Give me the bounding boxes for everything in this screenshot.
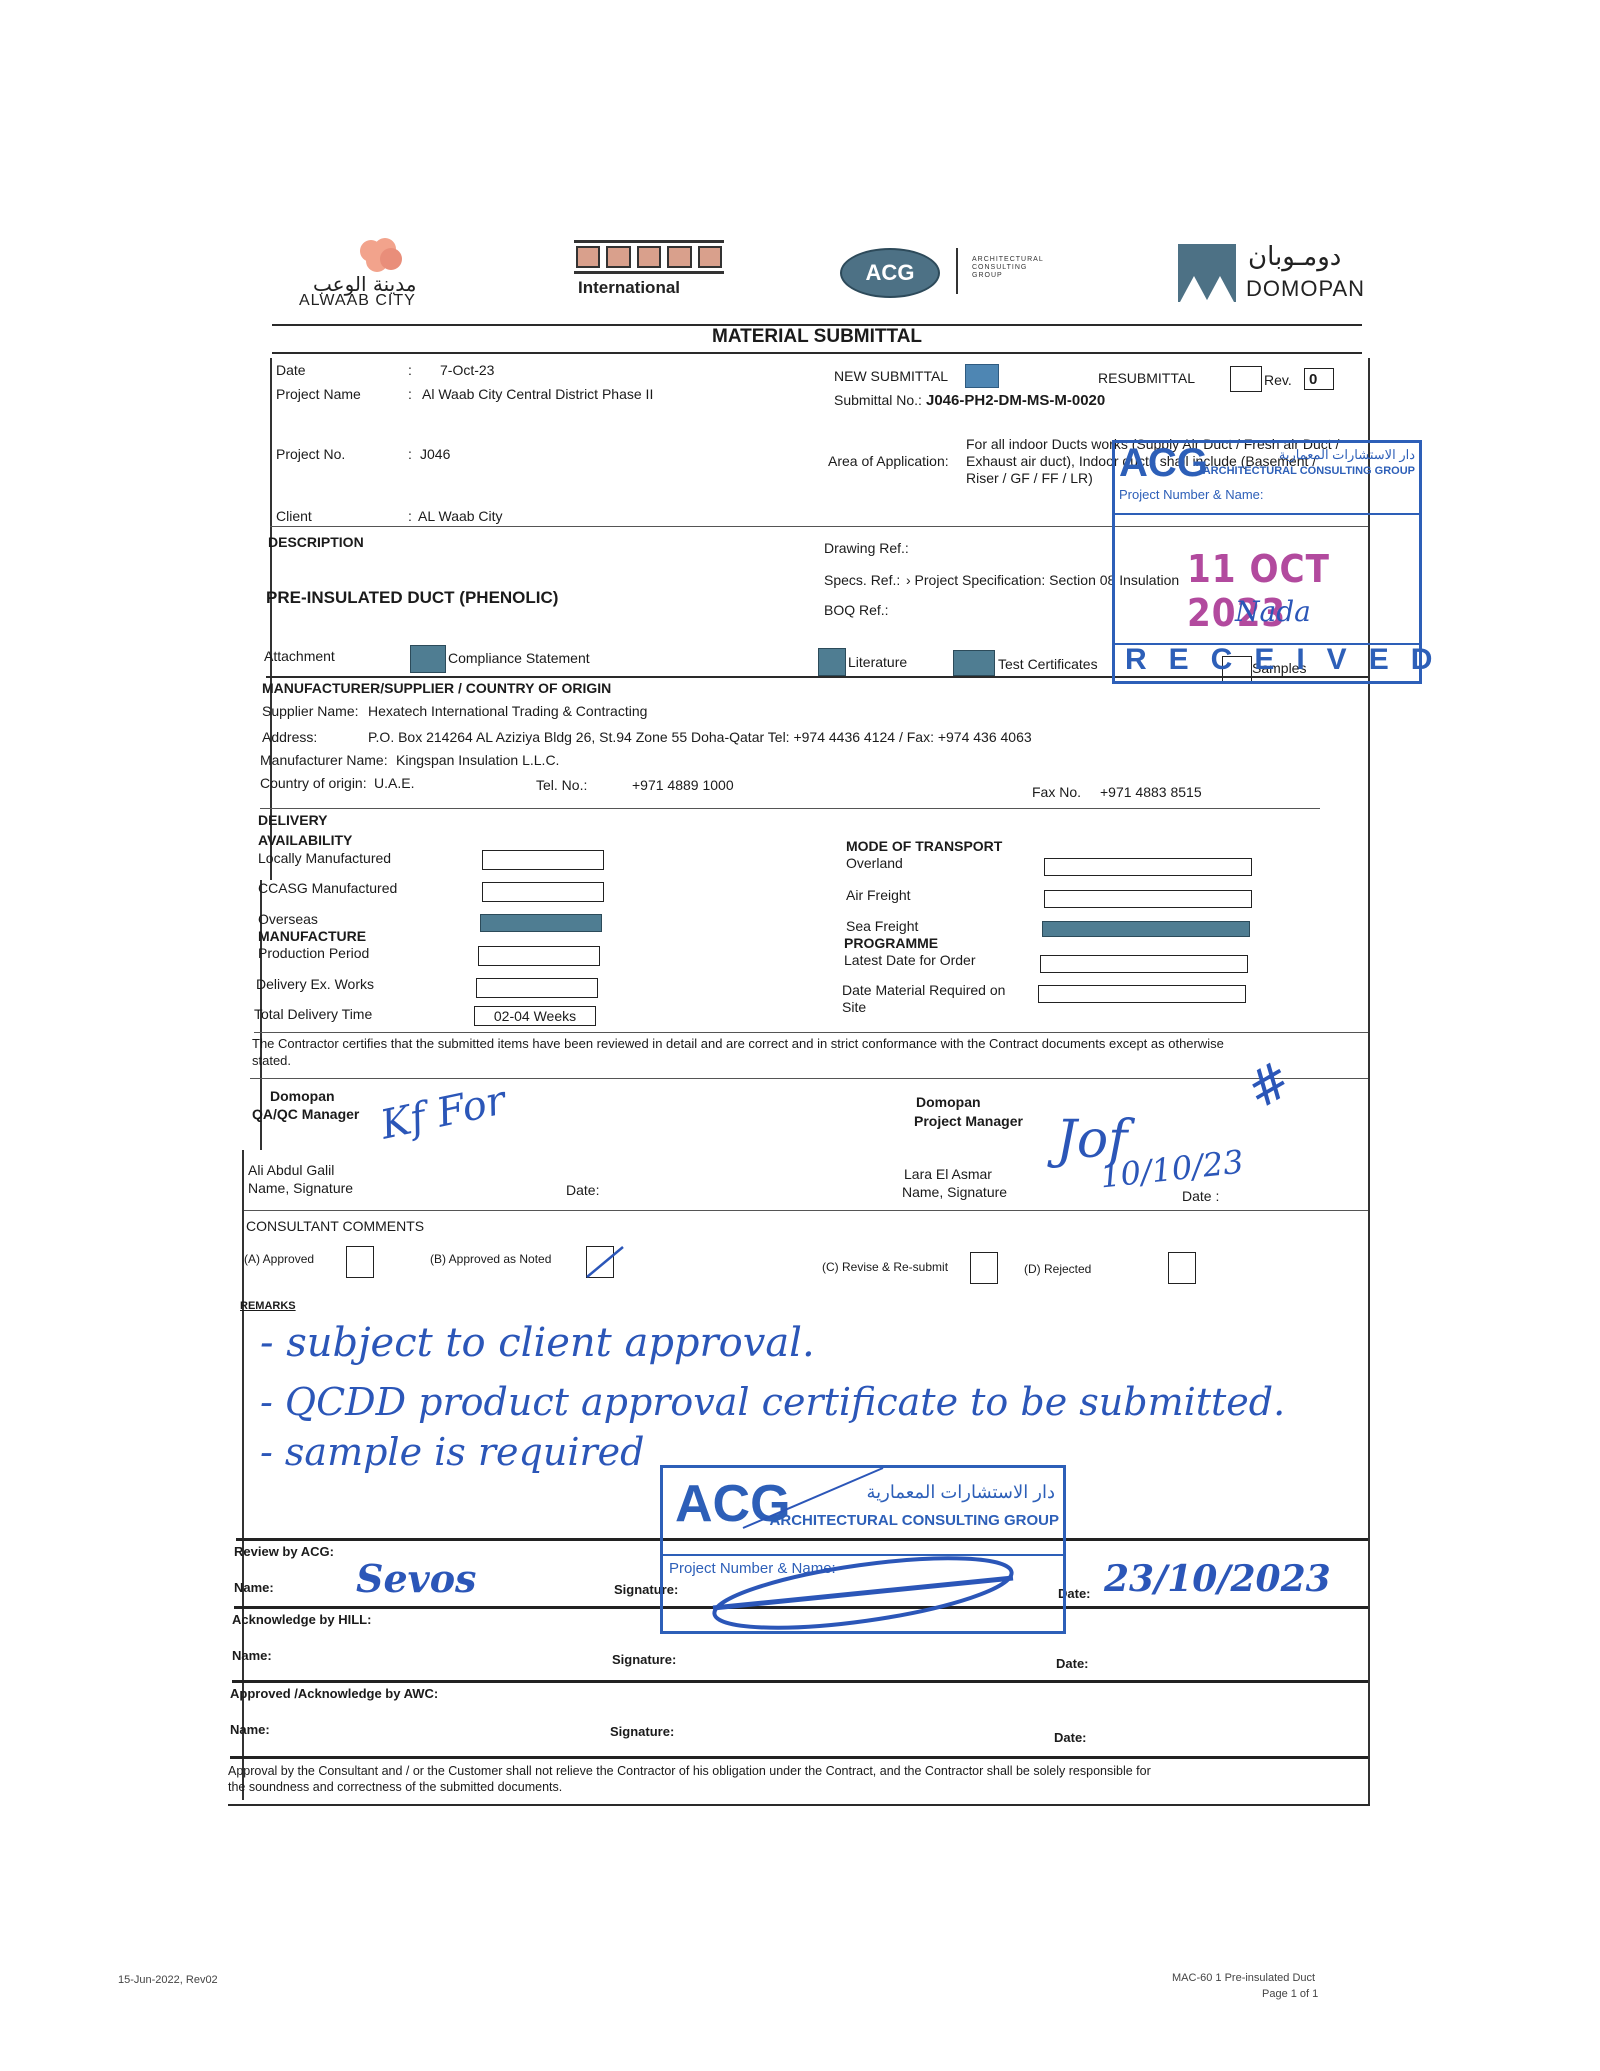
remarks-label: REMARKS [240, 1300, 296, 1312]
acg-subtitle: ARCHITECTURAL CONSULTING GROUP [972, 256, 1044, 280]
manufacturer-name-label: Manufacturer Name: [260, 752, 388, 768]
specs-ref-label: Specs. Ref.: [824, 572, 900, 588]
pm-role: Project Manager [914, 1113, 1023, 1129]
new-submittal-label: NEW SUBMITTAL [834, 368, 948, 384]
stamp-project-label: Project Number & Name: [1119, 487, 1264, 502]
country-value: U.A.E. [374, 775, 414, 791]
review-awc-heading: Approved /Acknowledge by AWC: [230, 1686, 438, 1701]
air-freight-field[interactable] [1044, 890, 1252, 908]
disclaimer-line-1: Approval by the Consultant and / or the … [228, 1764, 1151, 1778]
address-label: Address: [262, 729, 317, 745]
rejected-checkbox[interactable] [1168, 1252, 1196, 1284]
sea-freight-label: Sea Freight [846, 918, 918, 934]
overland-label: Overland [846, 855, 903, 871]
locally-manufactured-field[interactable] [482, 850, 604, 870]
ccasg-manufactured-field[interactable] [482, 882, 604, 902]
manufacturer-name-value: Kingspan Insulation L.L.C. [396, 752, 559, 768]
ccasg-manufactured-label: CCASG Manufactured [258, 880, 397, 896]
review-signature-scribble [653, 1458, 1073, 1628]
divider [232, 1680, 1368, 1683]
date-value: 7-Oct-23 [440, 362, 494, 378]
approved-label: (A) Approved [244, 1252, 314, 1266]
review-hill-name-label: Name: [232, 1648, 272, 1663]
client-label: Client [276, 508, 312, 524]
frame-left-low [242, 1150, 244, 1800]
hill-text: International [578, 278, 680, 298]
review-awc-signature-label: Signature: [610, 1724, 674, 1739]
compliance-statement-checkbox[interactable] [410, 645, 446, 673]
programme-heading: PROGRAMME [844, 935, 938, 951]
delivery-ex-works-field[interactable] [476, 978, 598, 998]
attachment-label: Attachment [264, 648, 335, 664]
domopan-logo: دومـوبان DOMOPAN [1178, 240, 1368, 306]
review-acg-heading: Review by ACG: [234, 1544, 334, 1559]
latest-date-order-label: Latest Date for Order [844, 952, 976, 968]
review-awc-date-label: Date: [1054, 1730, 1087, 1745]
hill-international-logo: International [570, 240, 730, 300]
air-freight-label: Air Freight [846, 887, 911, 903]
date-label: Date [276, 362, 306, 378]
supplier-value: Hexatech International Trading & Contrac… [368, 703, 647, 719]
acg-logo: ACG ARCHITECTURAL CONSULTING GROUP [840, 246, 1100, 302]
production-period-label: Production Period [258, 945, 369, 961]
remark-2: - QCDD product approval certificate to b… [260, 1380, 1285, 1424]
total-delivery-time-field[interactable]: 02-04 Weeks [474, 1006, 596, 1026]
stamp-received-word: RECEIVED [1125, 643, 1454, 677]
consultant-comments-heading: CONSULTANT COMMENTS [246, 1218, 424, 1234]
flower-icon [350, 238, 406, 274]
approved-as-noted-checkbox[interactable] [586, 1246, 614, 1278]
acg-review-stamp: ACG دار الاستشارات المعمارية ARCHITECTUR… [660, 1465, 1066, 1634]
divider [254, 1032, 1368, 1033]
stamp-group: ARCHITECTURAL CONSULTING GROUP [1203, 465, 1415, 477]
production-period-field[interactable] [478, 946, 600, 966]
review-acg-date-hand: 23/10/2023 [1104, 1558, 1331, 1600]
pm-name-signature-label: Name, Signature [902, 1184, 1007, 1200]
availability-heading: AVAILABILITY [258, 832, 352, 848]
footer-revision: 15-Jun-2022, Rev02 [118, 1974, 218, 1986]
approved-checkbox[interactable] [346, 1246, 374, 1278]
stamp-acg-mark: ACG [1119, 441, 1208, 486]
pm-date-label: Date : [1182, 1188, 1219, 1204]
alwaab-english: ALWAAB CITY [299, 292, 416, 310]
test-certificates-label: Test Certificates [998, 656, 1098, 672]
divider [250, 1078, 1368, 1079]
review-hill-heading: Acknowledge by HILL: [232, 1612, 371, 1627]
date-required-on-site-field[interactable] [1038, 985, 1246, 1003]
checkmark-icon [585, 1243, 625, 1277]
footer-doc-ref: MAC-60 1 Pre-insulated Duct [1172, 1972, 1315, 1984]
qaqc-name-signature-label: Name, Signature [248, 1180, 353, 1196]
literature-checkbox[interactable] [818, 648, 846, 676]
locally-manufactured-label: Locally Manufactured [258, 850, 391, 866]
qaqc-date-label: Date: [566, 1182, 599, 1198]
remark-1: - subject to client approval. [260, 1320, 815, 1366]
project-name-value: Al Waab City Central District Phase II [422, 386, 653, 402]
divider [260, 808, 1320, 809]
divider [244, 1210, 1368, 1211]
footer-page-number: Page 1 of 1 [1262, 1988, 1318, 2000]
area-of-application-label: Area of Application: [828, 453, 949, 469]
review-acg-name-hand: Sevos [356, 1556, 476, 1601]
divider [956, 248, 958, 294]
domopan-mark-icon [1178, 244, 1236, 302]
manufacturer-heading: MANUFACTURER/SUPPLIER / COUNTRY OF ORIGI… [262, 680, 611, 696]
pm-company: Domopan [916, 1094, 981, 1110]
project-no-value: J046 [420, 446, 450, 462]
certification-text-2: stated. [252, 1053, 291, 1068]
review-awc-name-label: Name: [230, 1722, 270, 1737]
tel-value: +971 4889 1000 [632, 777, 734, 793]
rejected-label: (D) Rejected [1024, 1262, 1091, 1276]
overseas-label: Overseas [258, 911, 318, 927]
initials-signature: # [1236, 1049, 1301, 1120]
review-acg-name-label: Name: [234, 1580, 274, 1595]
area-line-3: Riser / GF / FF / LR) [966, 470, 1093, 486]
rev-field[interactable]: 0 [1304, 368, 1334, 390]
test-certificates-checkbox[interactable] [953, 650, 995, 676]
tel-label: Tel. No.: [536, 777, 587, 793]
stamp-signature: Nada [1235, 595, 1311, 628]
qaqc-name: Ali Abdul Galil [248, 1162, 334, 1178]
alwaab-city-logo: مدينة الوعب ALWAAB CITY [295, 238, 465, 308]
manufacture-heading: MANUFACTURE [258, 928, 366, 944]
rev-label: Rev. [1264, 372, 1292, 388]
submittal-no-label: Submittal No.: [834, 392, 922, 408]
stamp-arabic: دار الاستشارات المعمارية [1279, 447, 1415, 463]
date-required-on-site-label: Date Material Required on Site [842, 982, 1032, 1016]
qaqc-role: QA/QC Manager [252, 1106, 359, 1122]
supplier-label: Supplier Name: [262, 703, 359, 719]
delivery-heading: DELIVERY [258, 812, 328, 828]
description-label: DESCRIPTION [268, 534, 364, 550]
latest-date-order-field[interactable] [1040, 955, 1248, 973]
fax-value: +971 4883 8515 [1100, 784, 1202, 800]
overland-field[interactable] [1044, 858, 1252, 876]
disclaimer-line-2: the soundness and correctness of the sub… [228, 1780, 562, 1794]
qaqc-signature: Kf For [377, 1077, 510, 1148]
domopan-english: DOMOPAN [1246, 276, 1365, 302]
approved-as-noted-label: (B) Approved as Noted [430, 1252, 551, 1266]
total-delivery-time-label: Total Delivery Time [254, 1006, 372, 1022]
new-submittal-checkbox[interactable] [965, 364, 999, 388]
sea-freight-field[interactable] [1042, 921, 1250, 937]
certification-text-1: The Contractor certifies that the submit… [252, 1036, 1224, 1051]
remark-3: - sample is required [260, 1430, 644, 1474]
drawing-ref-label: Drawing Ref.: [824, 540, 909, 556]
client-value: AL Waab City [418, 508, 503, 524]
literature-label: Literature [848, 654, 907, 670]
qaqc-company: Domopan [270, 1088, 335, 1104]
project-name-label: Project Name [276, 386, 361, 402]
delivery-ex-works-label: Delivery Ex. Works [256, 976, 374, 992]
review-hill-date-label: Date: [1056, 1656, 1089, 1671]
overseas-field[interactable] [480, 914, 602, 932]
acg-oval-mark: ACG [840, 248, 940, 298]
revise-resubmit-label: (C) Revise & Re-submit [822, 1260, 948, 1274]
boq-ref-label: BOQ Ref.: [824, 602, 889, 618]
frame-bottom [228, 1804, 1370, 1806]
pm-name: Lara El Asmar [904, 1166, 992, 1182]
compliance-statement-label: Compliance Statement [448, 650, 590, 666]
resubmittal-label: RESUBMITTAL [1098, 370, 1195, 386]
title-rule-bottom [272, 352, 1362, 354]
resubmittal-checkbox[interactable] [1230, 366, 1262, 392]
transport-heading: MODE OF TRANSPORT [846, 838, 1002, 854]
description-value: PRE-INSULATED DUCT (PHENOLIC) [266, 588, 558, 608]
received-stamp: ACG دار الاستشارات المعمارية ARCHITECTUR… [1112, 440, 1422, 684]
address-value: P.O. Box 214264 AL Aziziya Bldg 26, St.9… [368, 729, 1032, 745]
domopan-arabic: دومـوبان [1248, 242, 1341, 272]
submittal-no-value: J046-PH2-DM-MS-M-0020 [926, 392, 1105, 409]
divider [230, 1756, 1368, 1759]
revise-resubmit-checkbox[interactable] [970, 1252, 998, 1284]
frame-left [270, 358, 272, 880]
fax-label: Fax No. [1032, 784, 1081, 800]
hill-mark-icon [574, 240, 724, 274]
review-hill-signature-label: Signature: [612, 1652, 676, 1667]
form-title: MATERIAL SUBMITTAL [712, 326, 922, 348]
project-no-label: Project No. [276, 446, 345, 462]
country-label: Country of origin: [260, 775, 367, 791]
